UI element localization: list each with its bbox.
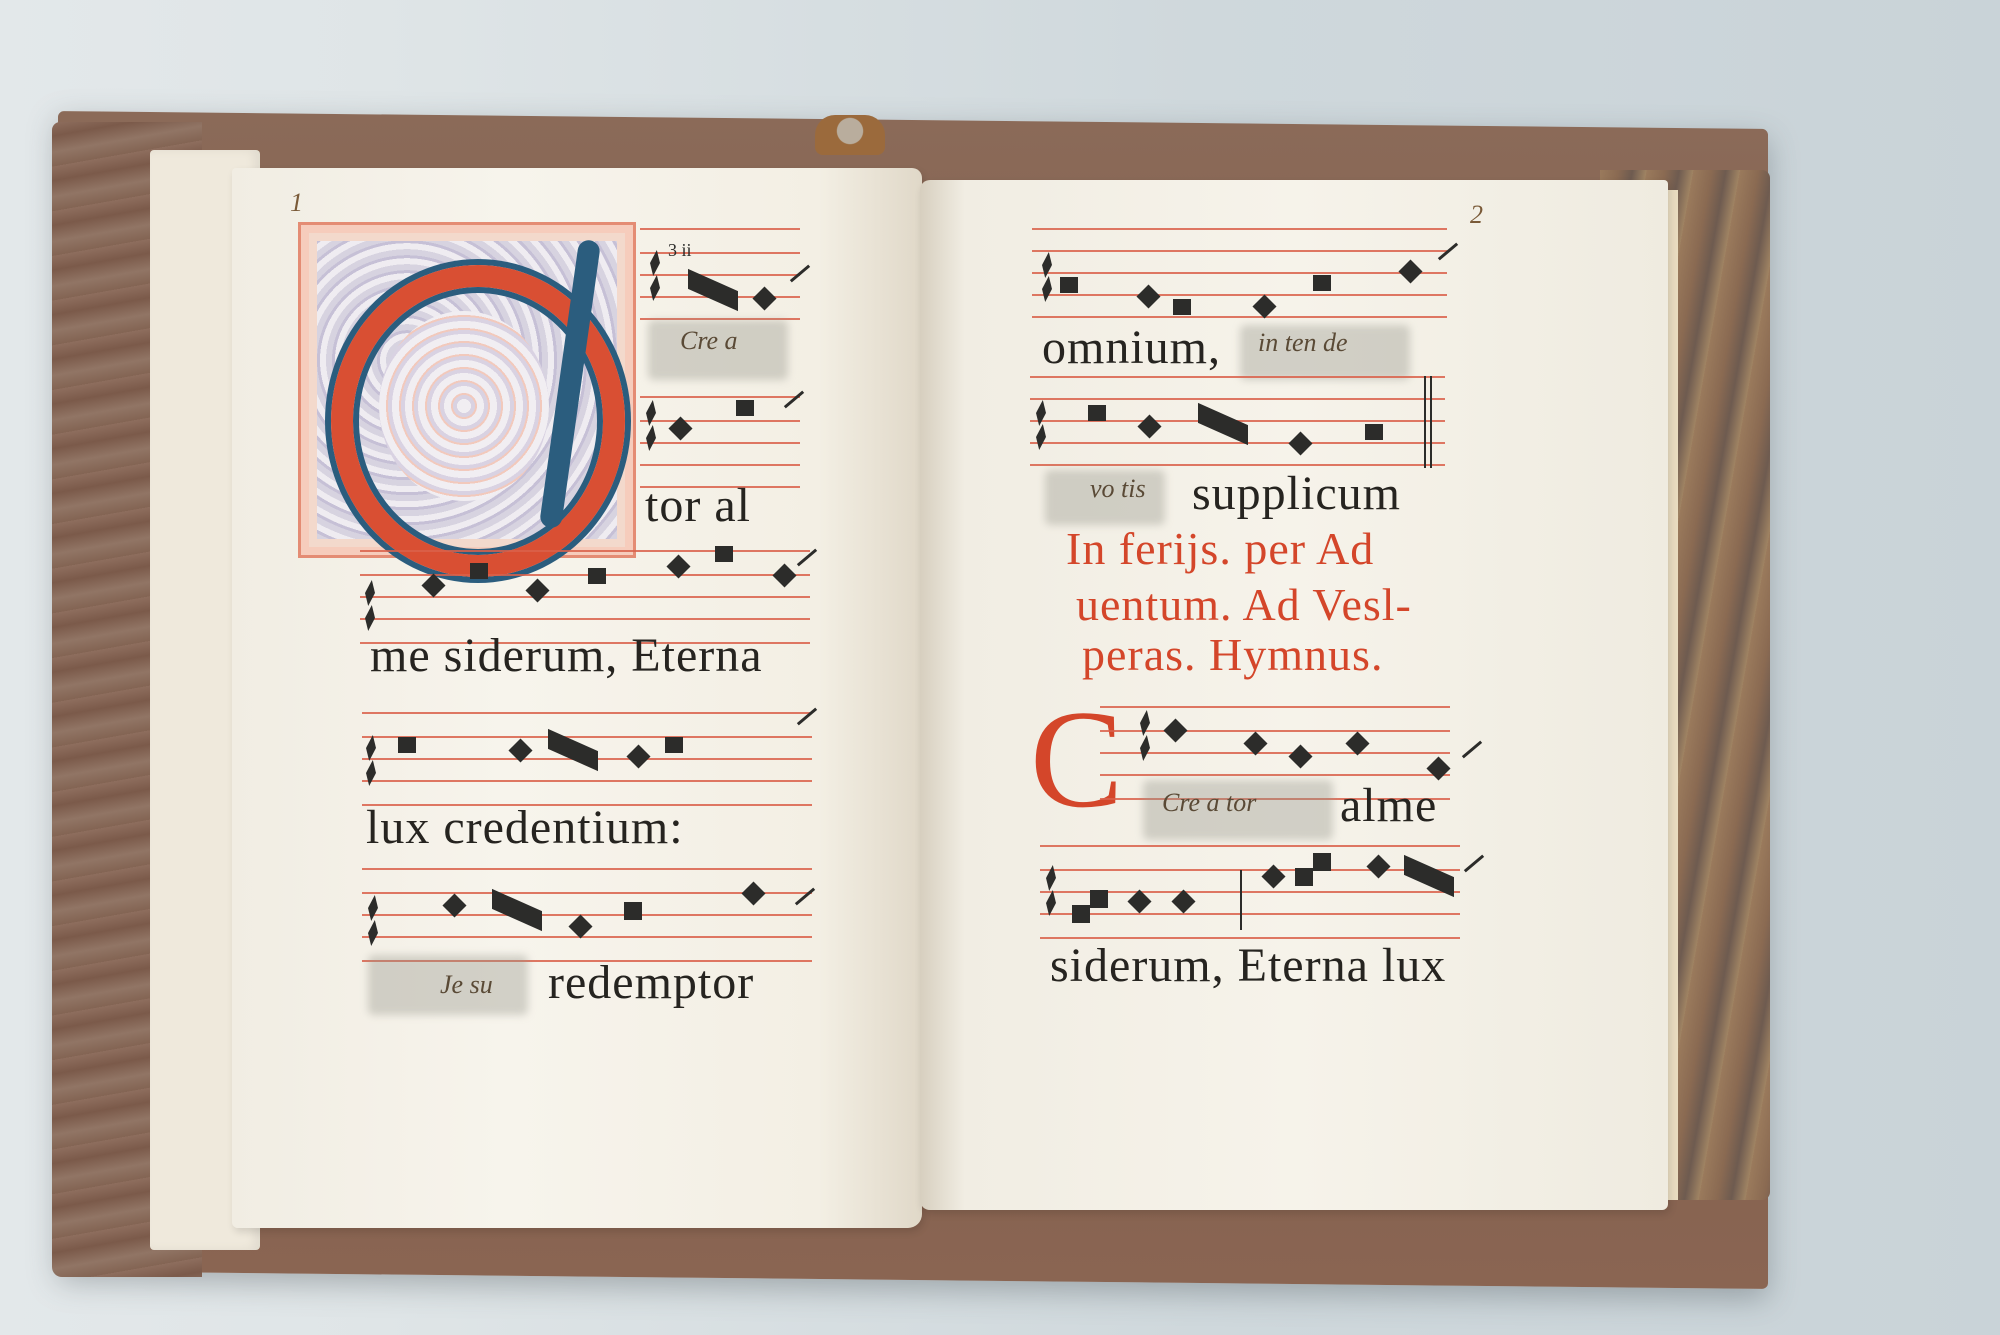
lyric-text: alme xyxy=(1340,778,1437,833)
clef-mark: 3 ii xyxy=(668,240,692,261)
lyric-erased: in ten de xyxy=(1258,328,1348,358)
staff xyxy=(640,228,800,318)
double-barline xyxy=(1430,376,1432,468)
double-barline xyxy=(1424,376,1426,468)
folio-mark-left: 1 xyxy=(290,188,303,218)
staff xyxy=(640,396,800,486)
lyric-text: tor al xyxy=(645,478,751,533)
neume-square xyxy=(1295,868,1313,886)
lyric-text: omnium, xyxy=(1042,320,1221,375)
neume-square xyxy=(1090,890,1108,908)
rubric-line: peras. Hymnus. xyxy=(1082,628,1383,681)
lyric-erased: Cre a tor xyxy=(1162,788,1256,818)
lyric-text: lux credentium: xyxy=(366,800,684,855)
neume-square xyxy=(1072,905,1090,923)
lyric-text: siderum, Eterna lux xyxy=(1050,938,1446,993)
illuminated-initial xyxy=(298,222,636,558)
folio-mark-right: 2 xyxy=(1470,200,1483,230)
neume-square xyxy=(398,737,416,753)
lyric-text: redemptor xyxy=(548,955,754,1010)
staff xyxy=(362,868,812,960)
initial-foliage-core xyxy=(379,311,549,501)
neume-square xyxy=(736,400,754,416)
neume-square xyxy=(1365,424,1383,440)
lyric-erased: Je su xyxy=(440,970,493,1000)
neume-square xyxy=(715,546,733,562)
neume-square xyxy=(1060,277,1078,293)
rubric-line: uentum. Ad Vesl- xyxy=(1076,578,1412,631)
rubric-line: In ferijs. per Ad xyxy=(1066,522,1374,575)
lyric-erased: Cre a xyxy=(680,326,738,356)
lyric-text: me siderum, Eterna xyxy=(370,628,763,683)
neume-square xyxy=(1088,405,1106,421)
neume-square xyxy=(1173,299,1191,315)
staff xyxy=(1032,228,1447,316)
lyric-text: supplicum xyxy=(1192,466,1401,521)
neume-square xyxy=(665,737,683,753)
clasp-remnant xyxy=(815,115,885,155)
neume-square xyxy=(588,568,606,584)
neume-square xyxy=(1313,853,1331,871)
barline xyxy=(1240,870,1242,930)
neume-square xyxy=(470,563,488,579)
neume-square xyxy=(1313,275,1331,291)
lyric-erased: vo tis xyxy=(1090,474,1146,504)
neume-square xyxy=(624,902,642,920)
